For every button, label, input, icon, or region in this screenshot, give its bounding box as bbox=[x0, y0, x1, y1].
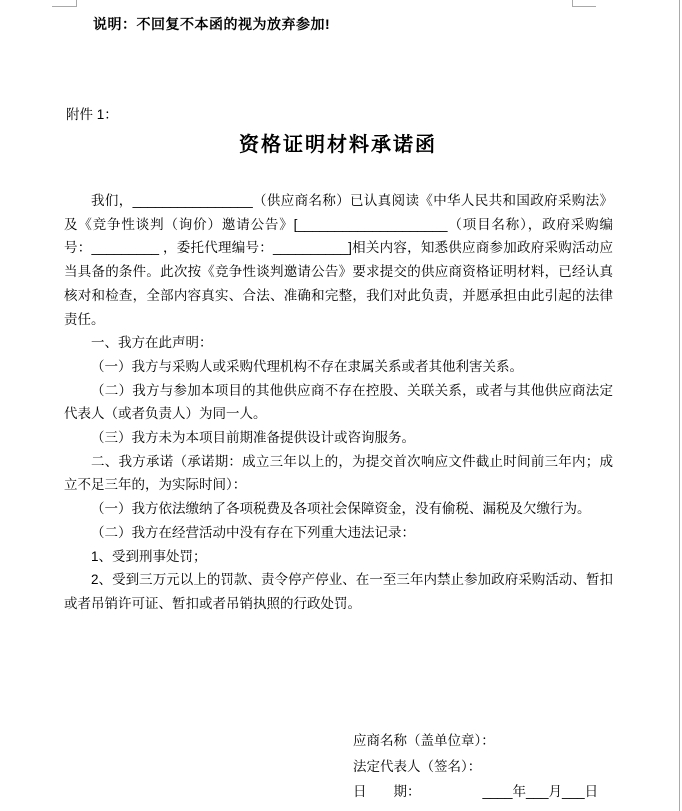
signature-date-line: 日 期：____年___月___日 bbox=[353, 779, 598, 805]
paragraph-section-1: 一、我方在此声明： bbox=[64, 331, 613, 355]
document-body: 我们，________________（供应商名称）已认真阅读《中华人民共和国政… bbox=[64, 189, 613, 616]
paragraph-item-1: 1、受到刑事处罚； bbox=[64, 545, 613, 569]
header-note: 说明：不回复不本函的视为放弃参加! bbox=[93, 14, 330, 34]
crop-mark-line-vertical bbox=[76, 0, 77, 7]
paragraph-item-2: 2、受到三万元以上的罚款、责令停产停业、在一至三年内禁止参加政府采购活动、暂扣或… bbox=[64, 568, 613, 615]
paragraph-1-3: （三）我方未为本项目前期准备提供设计或咨询服务。 bbox=[64, 426, 613, 450]
crop-mark-line-vertical bbox=[572, 0, 573, 7]
paragraph-intro: 我们，________________（供应商名称）已认真阅读《中华人民共和国政… bbox=[64, 189, 613, 331]
crop-mark-line-horizontal bbox=[52, 6, 76, 7]
crop-mark-line-horizontal bbox=[573, 6, 596, 7]
paragraph-2-2: （二）我方在经营活动中没有存在下列重大违法记录： bbox=[64, 521, 613, 545]
page-edge-line bbox=[679, 0, 680, 811]
paragraph-section-2: 二、我方承诺（承诺期：成立三年以上的，为提交首次响应文件截止时间前三年内；成立不… bbox=[64, 450, 613, 497]
paragraph-1-2: （二）我方与参加本项目的其他供应商不存在控股、关联关系，或者与其他供应商法定代表… bbox=[64, 379, 613, 426]
signature-date-value: ____年___月___日 bbox=[483, 784, 599, 799]
paragraph-1-1: （一）我方与采购人或采购代理机构不存在隶属关系或者其他利害关系。 bbox=[64, 355, 613, 379]
signature-date-label: 日 期： bbox=[353, 784, 421, 799]
signature-legal-rep-line: 法定代表人（签名）： bbox=[353, 754, 598, 780]
document-page: 说明：不回复不本函的视为放弃参加! 附件 1： 资格证明材料承诺函 我们，___… bbox=[0, 0, 682, 811]
document-title: 资格证明材料承诺函 bbox=[64, 128, 612, 157]
signature-block: 应商名称（盖单位章）： 法定代表人（签名）： 日 期：____年___月___日 bbox=[353, 728, 598, 805]
signature-company-line: 应商名称（盖单位章）： bbox=[353, 728, 598, 754]
paragraph-2-1: （一）我方依法缴纳了各项税费及各项社会保障资金，没有偷税、漏税及欠缴行为。 bbox=[64, 497, 613, 521]
attachment-label: 附件 1： bbox=[66, 103, 118, 123]
